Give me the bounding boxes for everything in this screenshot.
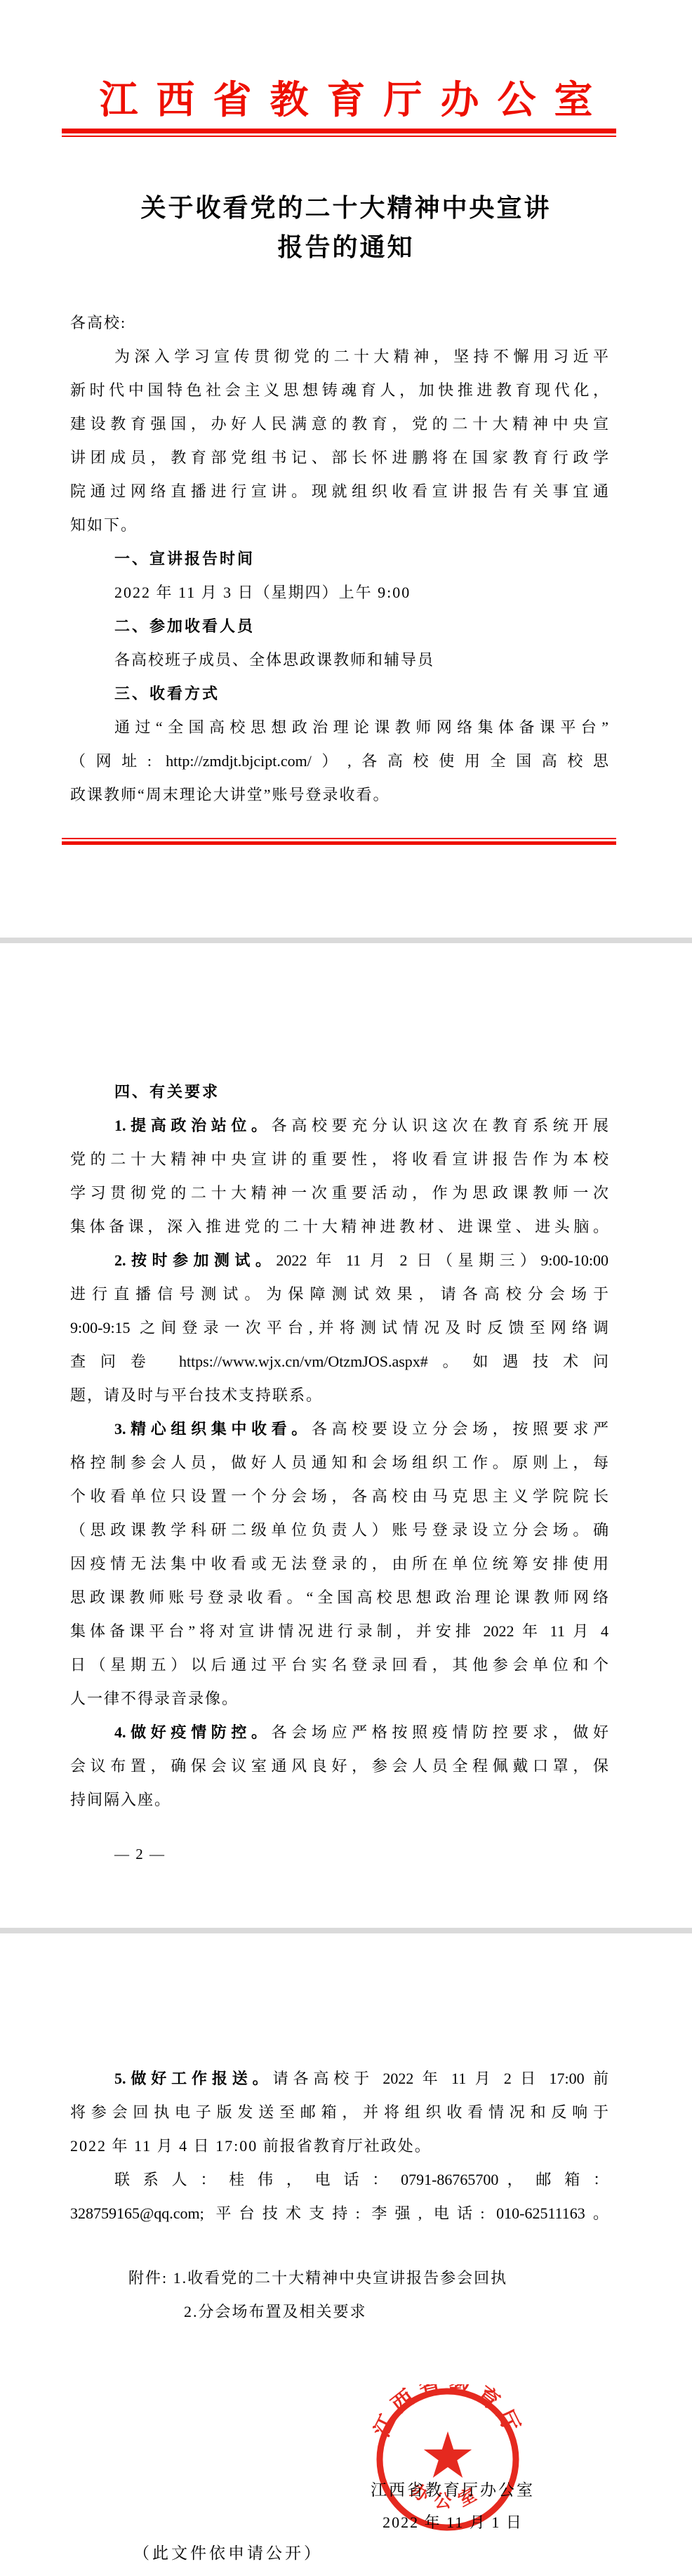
- text-line: 2.按时参加测试。2022 年 11 月 2 日（星期三）9:00-10:00: [70, 1244, 608, 1277]
- text-line: 查问卷 https://www.wjx.cn/vm/OtzmJOS.aspx#。…: [70, 1345, 608, 1379]
- item-lead: 4.做好疫情防控。: [114, 1723, 272, 1741]
- item-lead: 5.做好工作报送。: [114, 2070, 273, 2087]
- signature-org: 江西省教育厅办公室: [302, 2473, 604, 2507]
- doc-title: 关于收看党的二十大精神中央宣讲 报告的通知: [0, 188, 692, 267]
- contact-line: 联 系 人 ： 桂 伟 ， 电 话 ： 0791-86765700 ， 邮 箱 …: [70, 2163, 608, 2197]
- text-line: 新时代中国特色社会主义思想铸魂育人，加快推进教育现代化，: [70, 374, 608, 407]
- text-line: 日（星期五）以后通过平台实名登录回看，其他参会单位和个: [70, 1648, 608, 1682]
- item-lead: 1.提高政治站位。: [114, 1117, 272, 1134]
- letterhead-rule: [62, 129, 616, 137]
- page2-body: 四、有关要求 1.提高政治站位。各高校要充分认识这次在教育系统开展 党的二十大精…: [70, 1075, 608, 1817]
- text-line: 思政课教师账号登录收看。“全国高校思想政治理论课教师网络: [70, 1581, 608, 1615]
- page-number: — 2 —: [114, 1837, 166, 1871]
- text-line: 通过“全国高校思想政治理论课教师网络集体备课平台”: [70, 711, 608, 744]
- page-separator: [0, 938, 692, 943]
- text-line: 9:00-9:15 之间登录一次平台,并将测试情况及时反馈至网络调: [70, 1311, 608, 1345]
- section-heading-1: 一、宣讲报告时间: [70, 542, 608, 576]
- text-line: 个收看单位只设置一个分会场，各高校由马克思主义学院院长: [70, 1480, 608, 1513]
- text-line: 题，请及时与平台技术支持联系。: [70, 1379, 608, 1412]
- text-line: 5.做好工作报送。请各高校于 2022 年 11 月 2 日 17:00 前: [70, 2062, 608, 2096]
- text-line: 党的二十大精神中央宣讲的重要性，将收看宣讲报告作为本校: [70, 1143, 608, 1176]
- text-line: 人一律不得录音录像。: [70, 1682, 608, 1716]
- text-line: 2022 年 11 月 4 日 17:00 前报省教育厅社政处。: [70, 2129, 608, 2163]
- section-heading-3: 三、收看方式: [70, 677, 608, 711]
- page3-body: 5.做好工作报送。请各高校于 2022 年 11 月 2 日 17:00 前 将…: [70, 2062, 608, 2230]
- salutation: 各高校:: [70, 306, 608, 340]
- text-line: 3.精心组织集中收看。各高校要设立分会场，按照要求严: [70, 1412, 608, 1446]
- section-heading-4: 四、有关要求: [70, 1075, 608, 1109]
- item-lead: 3.精心组织集中收看。: [114, 1420, 312, 1438]
- text-line: 持间隔入座。: [70, 1783, 608, 1817]
- attachments: 附件: 1.收看党的二十大精神中央宣讲报告参会回执 2.分会场布置及相关要求: [128, 2261, 507, 2329]
- page1-body: 各高校: 为深入学习宣传贯彻党的二十大精神，坚持不懈用习近平 新时代中国特色社会…: [70, 306, 608, 812]
- text-line: 讲团成员，教育部党组书记、部长怀进鹏将在国家教育行政学: [70, 441, 608, 475]
- seal-star-icon: [424, 2431, 472, 2478]
- signature-date: 2022 年 11 月 1 日: [302, 2506, 604, 2539]
- contact-line: 328759165@qq.com; 平台技术支持: 李强, 电话: 010-62…: [70, 2197, 608, 2230]
- doc-title-line1: 关于收看党的二十大精神中央宣讲: [0, 188, 692, 228]
- footer-note: （此文件依申请公开）: [133, 2537, 323, 2570]
- text-line: （网址: http://zmdjt.bjcipt.com/）,各高校使用全国高校…: [70, 744, 608, 778]
- text-line: 政课教师“周末理论大讲堂”账号登录收看。: [70, 778, 608, 812]
- text-line: 进行直播信号测试。为保障测试效果，请各高校分会场于: [70, 1277, 608, 1311]
- section-heading-2: 二、参加收看人员: [70, 610, 608, 643]
- text-line: 会议布置，确保会议室通风良好，参会人员全程佩戴口罩，保: [70, 1749, 608, 1783]
- document-viewer: 江西省教育厅办公室 关于收看党的二十大精神中央宣讲 报告的通知 各高校: 为深入…: [0, 0, 692, 2576]
- text-line: 4.做好疫情防控。各会场应严格按照疫情防控要求，做好: [70, 1716, 608, 1749]
- text-line: 学习贯彻党的二十大精神一次重要活动，作为思政课教师一次: [70, 1176, 608, 1210]
- text-line: 院通过网络直播进行宣讲。现就组织收看宣讲报告有关事宜通: [70, 475, 608, 508]
- text-line: 将参会回执电子版发送至邮箱，并将组织收看情况和反响于: [70, 2096, 608, 2129]
- item-lead: 2.按时参加测试。: [114, 1251, 276, 1269]
- page-separator: [0, 1928, 692, 1933]
- text-line: 知如下。: [70, 508, 608, 542]
- text-line: 集体备课，深入推进党的二十大精神进教材、进课堂、进头脑。: [70, 1210, 608, 1244]
- attachment-item-2: 2.分会场布置及相关要求: [128, 2295, 507, 2329]
- text-line: （思政课教学科研二级单位负责人）账号登录设立分会场。确: [70, 1513, 608, 1547]
- text-line: 2022 年 11 月 3 日（星期四）上午 9:00: [70, 576, 608, 610]
- page1-footer-rule: [62, 838, 616, 845]
- text-line: 因疫情无法集中收看或无法登录的，由所在单位统筹安排使用: [70, 1547, 608, 1581]
- attachment-item-1: 附件: 1.收看党的二十大精神中央宣讲报告参会回执: [128, 2261, 507, 2295]
- letterhead-org: 江西省教育厅办公室: [0, 69, 692, 124]
- doc-title-line2: 报告的通知: [0, 228, 692, 267]
- text-line: 1.提高政治站位。各高校要充分认识这次在教育系统开展: [70, 1109, 608, 1143]
- text-line: 各高校班子成员、全体思政课教师和辅导员: [70, 643, 608, 677]
- text-line: 建设教育强国，办好人民满意的教育，党的二十大精神中央宣: [70, 407, 608, 441]
- text-line: 为深入学习宣传贯彻党的二十大精神，坚持不懈用习近平: [70, 340, 608, 374]
- text-line: 集体备课平台”将对宣讲情况进行录制，并安排 2022 年 11 月 4: [70, 1615, 608, 1648]
- text-line: 格控制参会人员，做好人员通知和会场组织工作。原则上，每: [70, 1446, 608, 1480]
